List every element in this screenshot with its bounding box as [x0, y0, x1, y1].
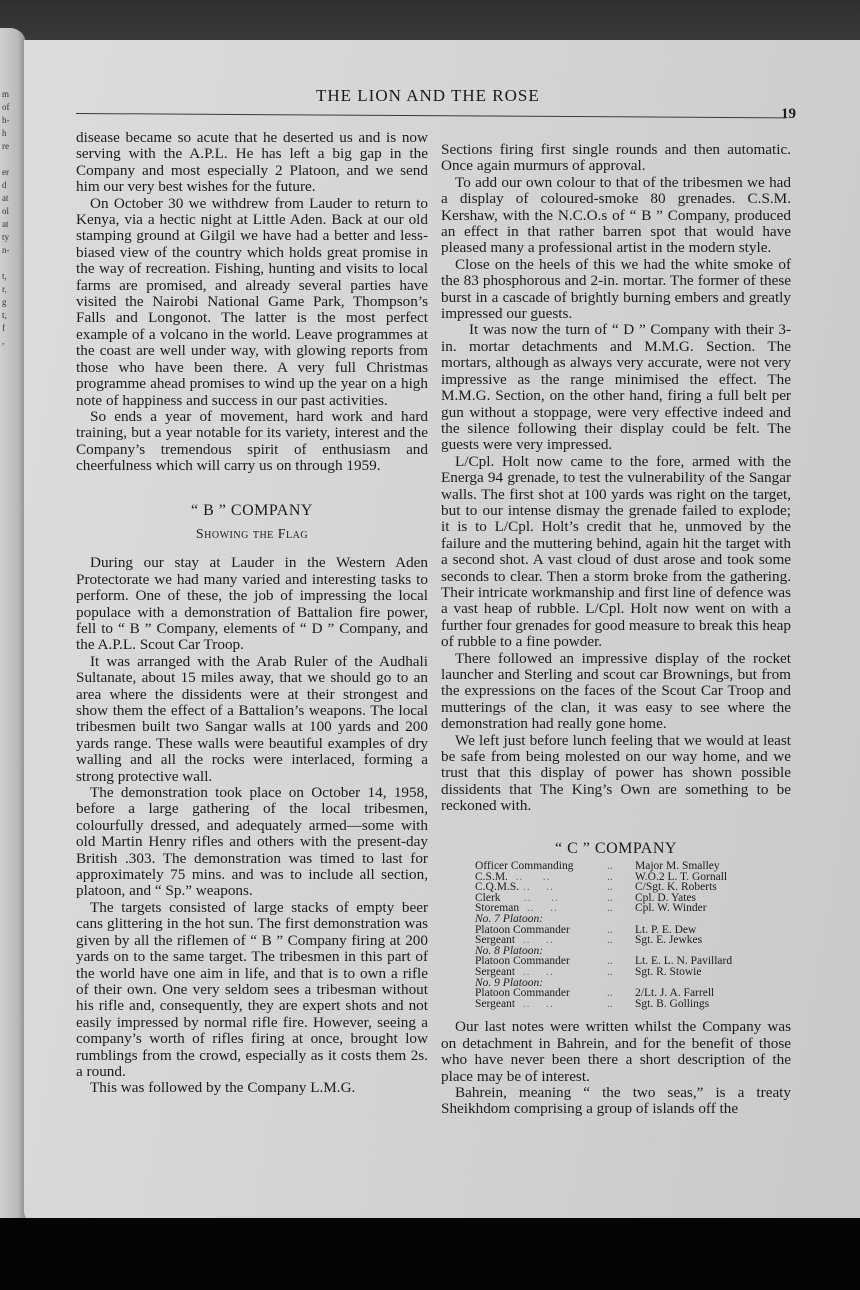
page-number: 19 — [781, 106, 796, 123]
paragraph: This was followed by the Company L.M.G. — [76, 1080, 428, 1096]
paragraph: During our stay at Lauder in the Western… — [76, 555, 428, 653]
paragraph: Bahrein, meaning “ the two seas,” is a t… — [441, 1085, 791, 1118]
paragraph: It was now the turn of “ D ” Company wit… — [441, 322, 791, 453]
roster-separator: .. — [607, 967, 635, 978]
paragraph: Sections firing first single rounds and … — [441, 142, 791, 175]
b-company-heading: “ B ” COMPANY — [76, 503, 428, 519]
b-company-subheading: Showing the Flag — [76, 527, 428, 543]
dark-background-top — [0, 0, 860, 45]
roster-row: Sergeant .. ....Sgt. B. Gollings — [475, 999, 775, 1010]
c-company-heading: “ C ” COMPANY — [441, 841, 791, 857]
paragraph: Close on the heels of this we had the wh… — [441, 257, 791, 323]
roster-separator: .. — [607, 999, 635, 1010]
roster-separator: .. — [607, 935, 635, 946]
right-column: Sections firing first single rounds and … — [441, 142, 791, 1118]
left-column: disease became so acute that he deserted… — [76, 130, 428, 1097]
roster-name: Sgt. B. Gollings — [635, 999, 775, 1010]
previous-page-text-fragments: m of h- h re er d at ol at ty n- t, r, g… — [0, 28, 26, 348]
previous-page-edge: m of h- h re er d at ol at ty n- t, r, g… — [0, 28, 26, 1228]
publication-title: THE LION AND THE ROSE — [316, 86, 540, 106]
paragraph: To add our own colour to that of the tri… — [441, 175, 791, 257]
paragraph: The demonstration took place on October … — [76, 785, 428, 900]
paragraph: So ends a year of movement, hard work an… — [76, 409, 428, 475]
roster-role-text: Sergeant — [475, 998, 515, 1010]
roster-row: Sergeant .. ....Sgt. R. Stowie — [475, 967, 775, 978]
roster-role: Sergeant .. .. — [475, 967, 607, 978]
paragraph: It was arranged with the Arab Ruler of t… — [76, 654, 428, 785]
leader-dots: .. .. — [515, 998, 554, 1010]
dark-background-bottom — [0, 1218, 860, 1290]
paragraph: L/Cpl. Holt now came to the fore, armed … — [441, 454, 791, 651]
roster-separator: .. — [607, 903, 635, 914]
running-head: THE LION AND THE ROSE 19 — [76, 86, 796, 116]
roster-name: Sgt. R. Stowie — [635, 967, 775, 978]
paragraph: On October 30 we withdrew from Lauder to… — [76, 196, 428, 409]
paragraph: We left just before lunch feeling that w… — [441, 733, 791, 815]
roster-role: Sergeant .. .. — [475, 999, 607, 1010]
paragraph: There followed an impressive display of … — [441, 651, 791, 733]
paragraph: Our last notes were written whilst the C… — [441, 1019, 791, 1085]
roster-name: Sgt. E. Jewkes — [635, 935, 775, 946]
c-company-roster: Officer Commanding..Major M. Smalley C.S… — [475, 861, 775, 1009]
paragraph: The targets consisted of large stacks of… — [76, 900, 428, 1080]
roster-name: Cpl. W. Winder — [635, 903, 775, 914]
paragraph: disease became so acute that he deserted… — [76, 130, 428, 196]
